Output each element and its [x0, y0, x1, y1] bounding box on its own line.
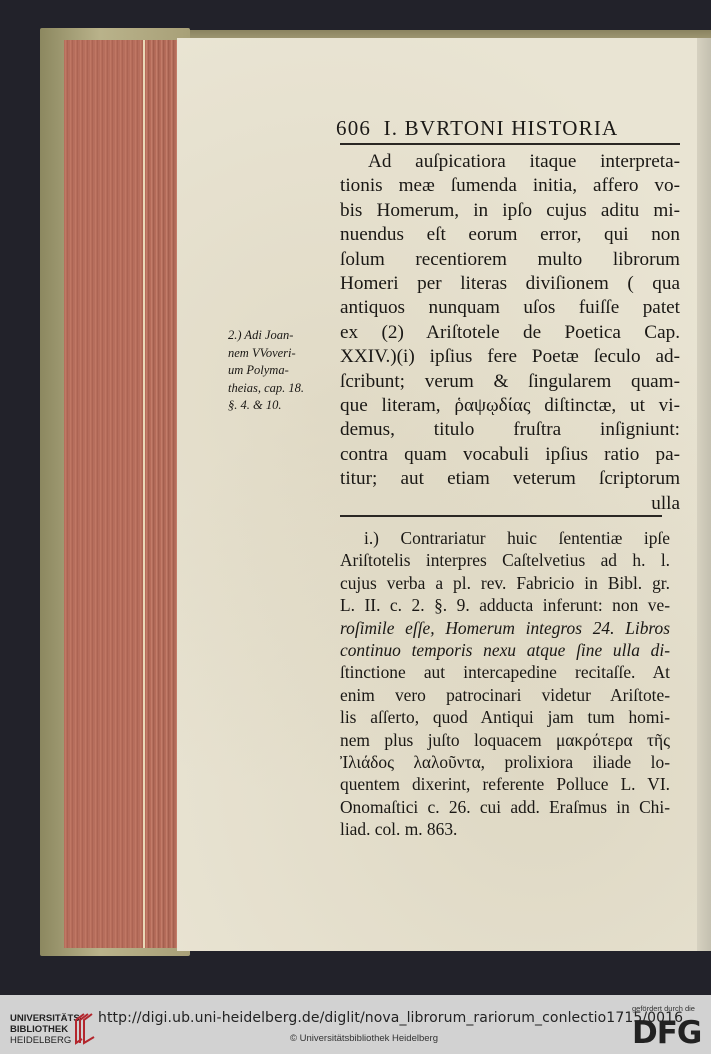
footnote-line: i.) Contrariatur huic ſententiæ ipſe	[340, 527, 670, 549]
text-line: Homeri per literas diviſionem ( qua	[340, 272, 680, 296]
marginal-note: 2.) Adi Joan- nem VVoveri- um Polyma- th…	[228, 327, 336, 415]
text-line: ſolum recentiorem multo librorum	[340, 248, 680, 272]
funding-note: gefördert durch die	[632, 1004, 695, 1013]
text-line: titur; aut etiam veterum ſcriptorum	[340, 467, 680, 491]
text-line: Ad auſpicatiora itaque interpreta-	[340, 150, 680, 174]
footnote-line: enim vero patrocinari videtur Ariſtote-	[340, 684, 670, 706]
text-line: bis Homerum, in ipſo cujus aditu mi-	[340, 199, 680, 223]
footnote-line: nem plus juſto loquacem μακρότερα τῆς	[340, 729, 670, 751]
text-line: ex (2) Ariſtotele de Poetica Cap.	[340, 321, 680, 345]
text-line: que literam, ῥαψῳδίας diſtinctæ, ut vi-	[340, 394, 680, 418]
copyright-text: © Universitätsbibliothek Heidelberg	[290, 1033, 438, 1044]
footnote: i.) Contrariatur huic ſententiæ ipſe Ari…	[340, 527, 670, 841]
marginal-line: theias, cap. 18.	[228, 380, 336, 398]
page-gutter-shade	[697, 38, 711, 951]
footnote-rule	[340, 515, 662, 517]
page-edges-inner	[143, 40, 179, 948]
text-line: contra quam vocabuli ipſius ratio pa-	[340, 443, 680, 467]
footnote-line: lis aſſerto, quod Antiqui jam tum homi-	[340, 706, 670, 728]
dfg-logo: DFG	[632, 1015, 701, 1051]
footnote-line: Onomaſtici c. 26. cui add. Eraſmus in Ch…	[340, 796, 670, 818]
text-line: XXIV.)(i) ipſius fere Poetæ ſeculo ad-	[340, 345, 680, 369]
marginal-line: 2.) Adi Joan-	[228, 327, 336, 345]
viewer-footer: UNIVERSITÄTS- BIBLIOTHEK HEIDELBERG http…	[0, 995, 711, 1054]
footnote-line: Ἰλιάδος λαλοῦντα, prolixiora iliade lo-	[340, 751, 670, 773]
permalink-url[interactable]: http://digi.ub.uni-heidelberg.de/diglit/…	[98, 1010, 683, 1026]
footnote-line: continuo temporis nexu atque ſine ulla d…	[340, 639, 670, 661]
footnote-line: liad. col. m. 863.	[340, 818, 670, 840]
page-edges-outer	[64, 40, 146, 948]
running-title: I. BVRTONI HISTORIA	[384, 116, 619, 140]
library-name-line: HEIDELBERG	[10, 1035, 71, 1046]
library-logo-icon	[70, 1011, 100, 1047]
header-rule	[340, 143, 680, 145]
footnote-line: quentem dixerint, referente Polluce L. V…	[340, 773, 670, 795]
marginal-line: um Polyma-	[228, 362, 336, 380]
running-header: 606 I. BVRTONI HISTORIA	[336, 116, 682, 141]
text-line: antiquos nunquam uſos fuiſſe patet	[340, 296, 680, 320]
text-line: nuendus eſt eorum error, qui non	[340, 223, 680, 247]
text-line: tionis meæ ſumenda initia, affero vo-	[340, 174, 680, 198]
footnote-line: Ariſtotelis interpres Caſtelvetius ad h.…	[340, 549, 670, 571]
marginal-line: §. 4. & 10.	[228, 397, 336, 415]
footnote-line: ſtinctione aut intercapedine recitaſſe. …	[340, 661, 670, 683]
page-number: 606	[336, 116, 371, 140]
footnote-line: cujus verba a pl. rev. Fabricio in Bibl.…	[340, 572, 670, 594]
footnote-line: roſimile eſſe, Homerum integros 24. Libr…	[340, 617, 670, 639]
footnote-line: L. II. c. 2. §. 9. adducta inferunt: non…	[340, 594, 670, 616]
library-name-line: BIBLIOTHEK	[10, 1024, 68, 1035]
marginal-line: nem VVoveri-	[228, 345, 336, 363]
text-line: ſcribunt; verum & ſingularem quam-	[340, 370, 680, 394]
main-text: Ad auſpicatiora itaque interpreta- tioni…	[340, 150, 680, 516]
catchword: ulla	[340, 492, 680, 516]
text-line: demus, titulo fruſtra inſigniunt:	[340, 418, 680, 442]
